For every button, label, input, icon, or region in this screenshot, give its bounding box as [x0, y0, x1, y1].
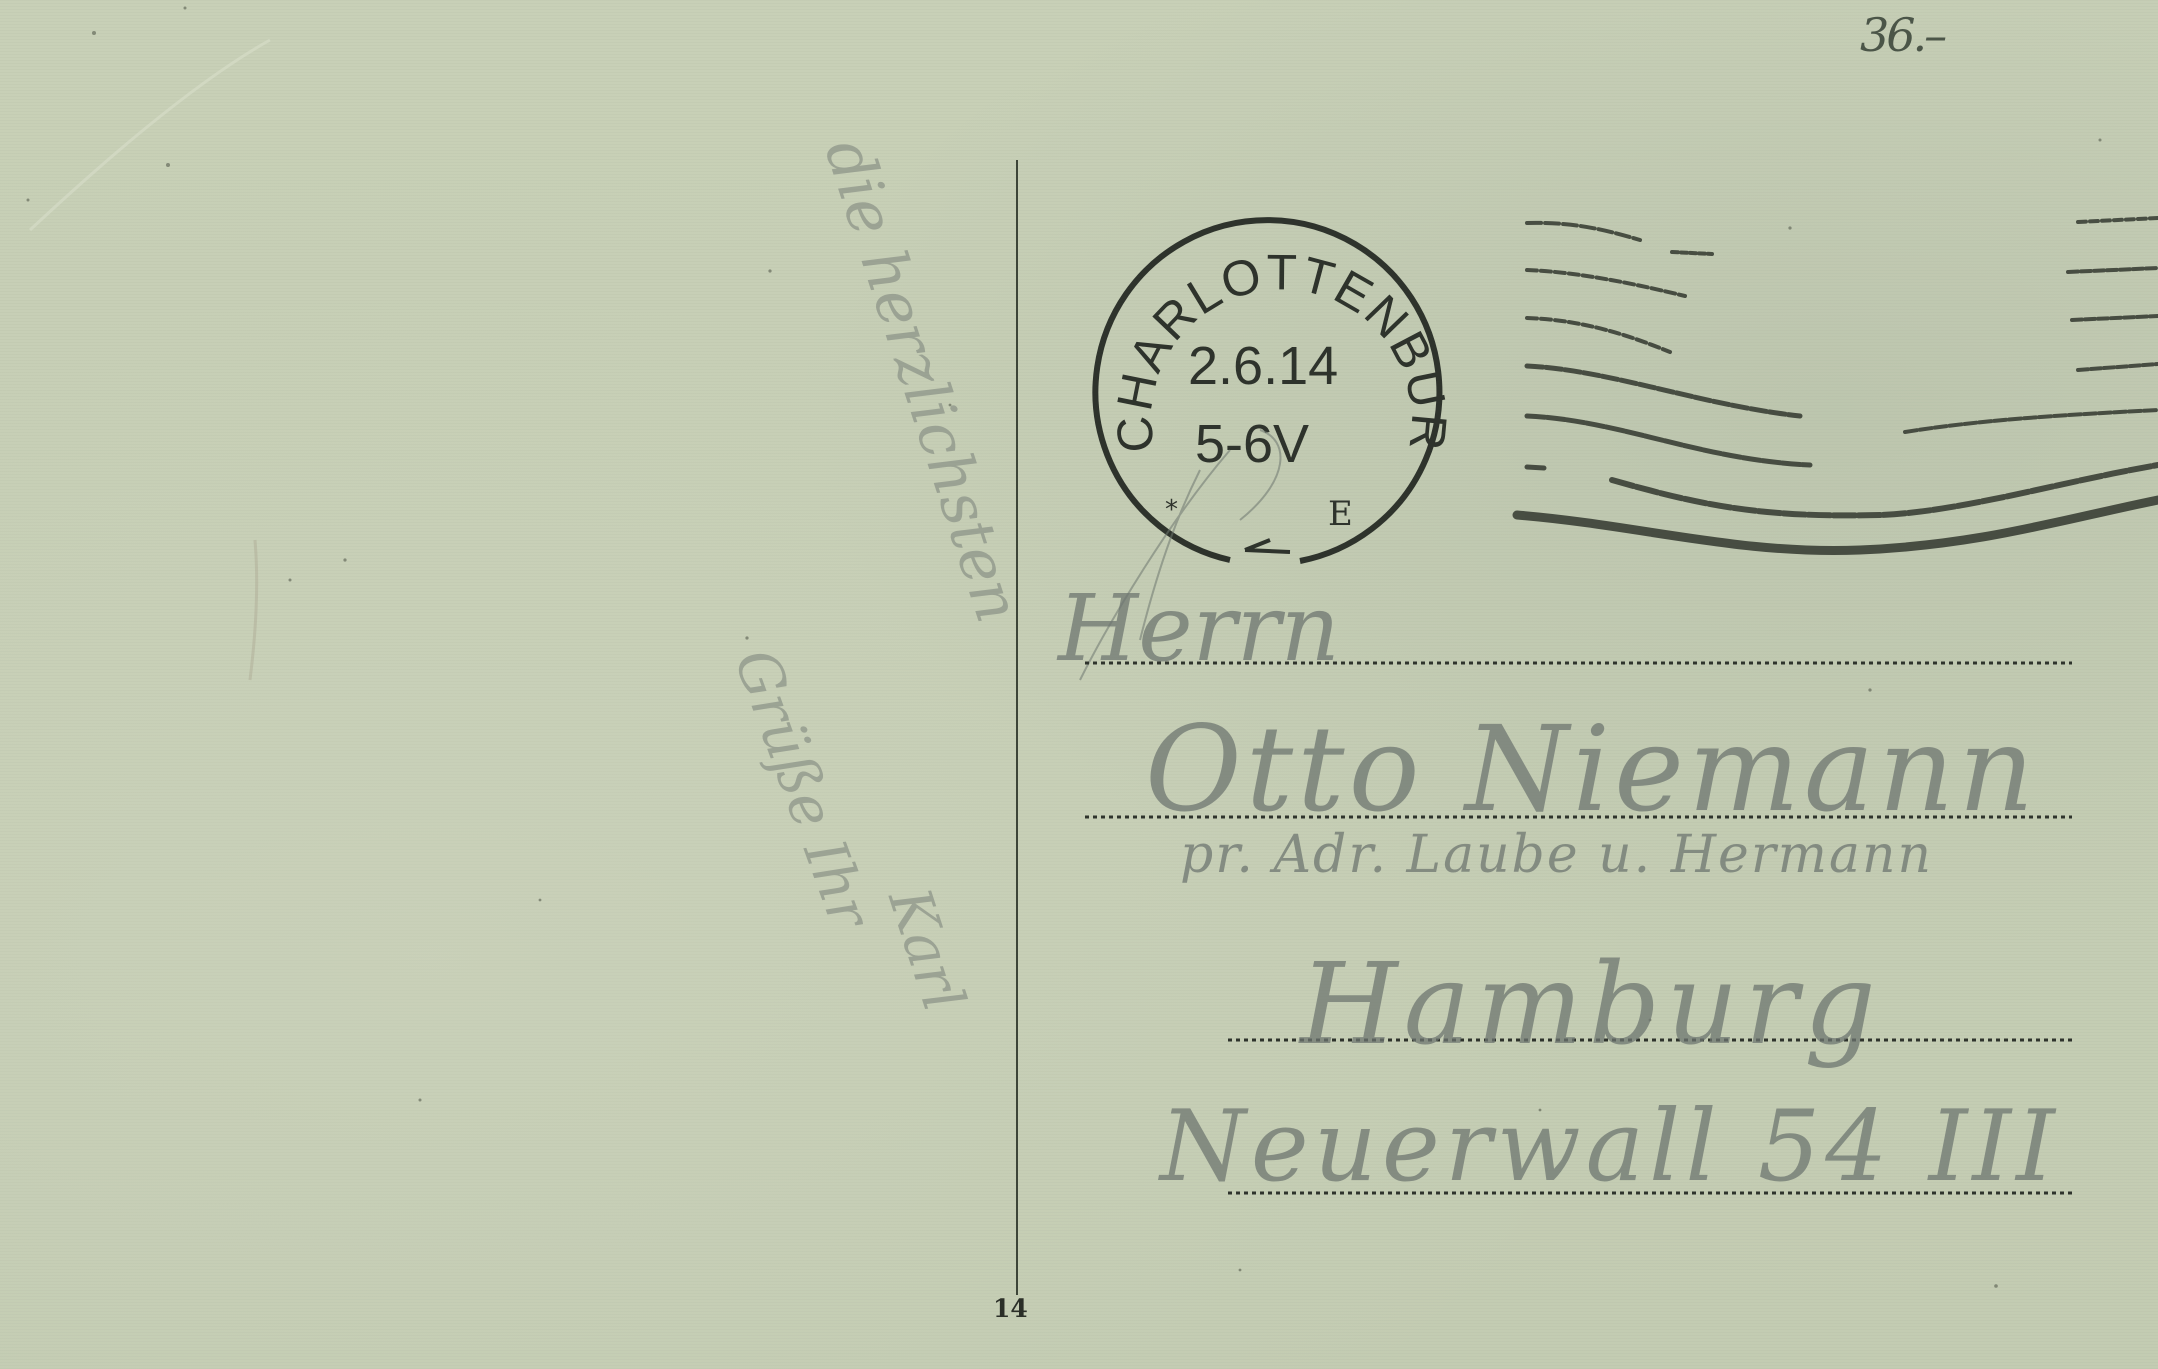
address-street: Neuerwall 54 III [1160, 1090, 2060, 1204]
postcard-back: 36.– 14 die herzlichsten Grüße Ihr Karl [0, 0, 2158, 1369]
address-care-of: pr. Adr. Laube u. Hermann [1180, 825, 1933, 885]
address-name: Otto Niemann [1145, 700, 2038, 838]
address-salutation: Herrn [1058, 575, 1340, 682]
address-city: Hamburg [1300, 940, 1882, 1070]
